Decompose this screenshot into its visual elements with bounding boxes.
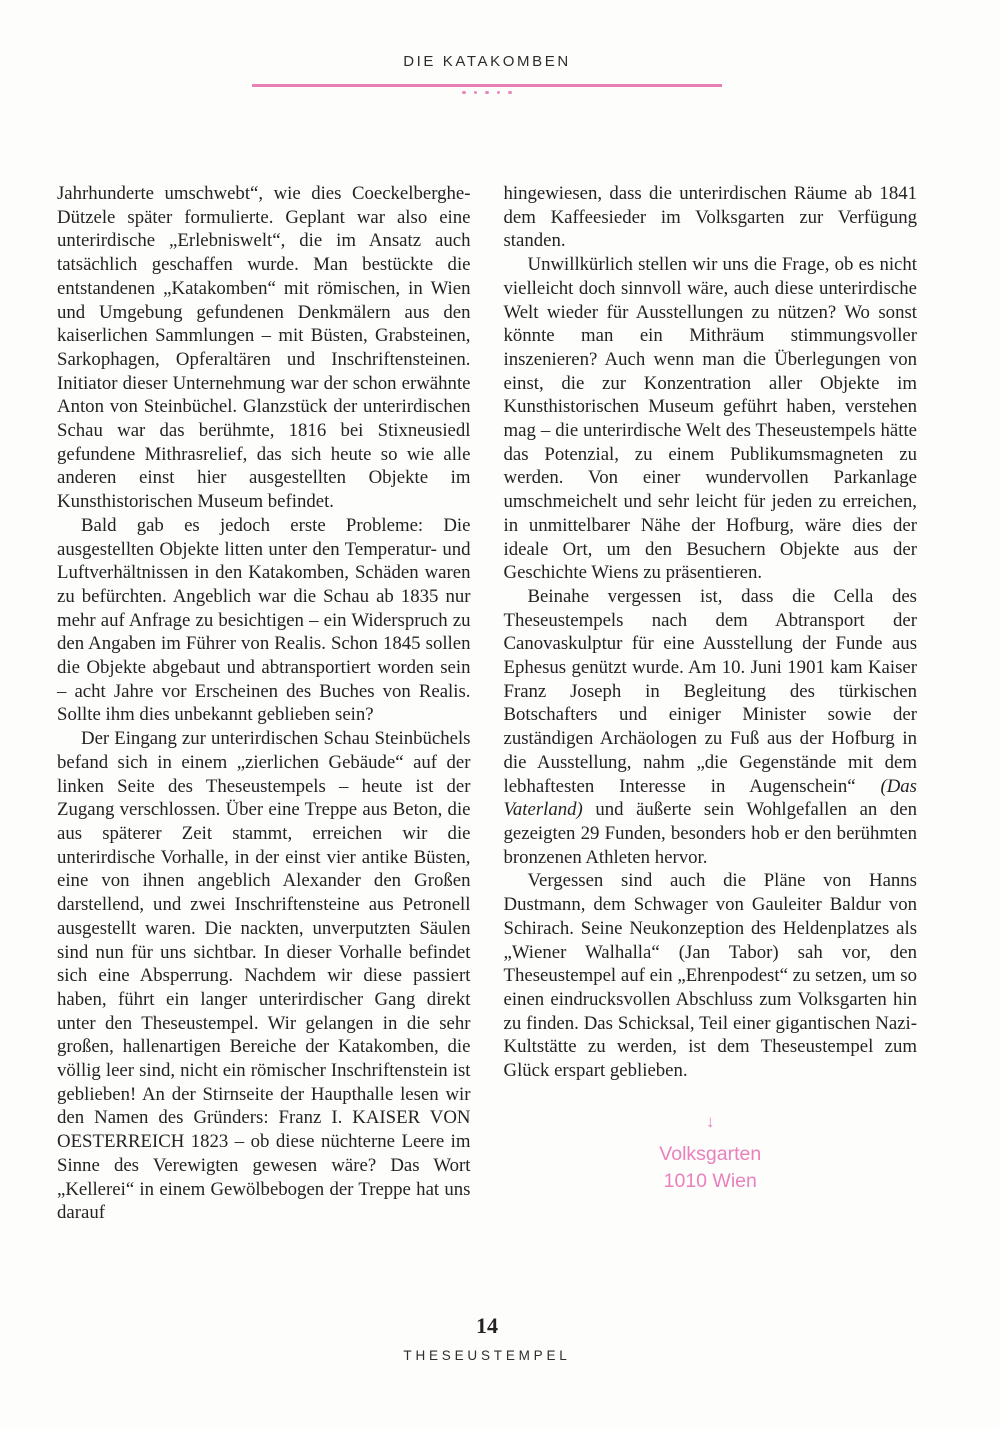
callout-place-name: Volksgarten	[504, 1141, 918, 1168]
page-header: DIE KATAKOMBEN	[57, 53, 917, 95]
page-number: 14	[57, 1313, 917, 1339]
paragraph: Jahrhunderte umschwebt“, wie dies Coecke…	[57, 182, 471, 514]
text-column-right: hingewiesen, dass die unterirdischen Räu…	[504, 182, 918, 1225]
chapter-title: THESEUSTEMPEL	[57, 1348, 917, 1363]
dots-ornament	[57, 91, 917, 95]
accent-rule-divider	[252, 84, 722, 87]
paragraph-segment: Beinahe vergessen ist, dass die Cella de…	[504, 586, 918, 797]
paragraph: Beinahe vergessen ist, dass die Cella de…	[504, 585, 918, 869]
page-footer: 14 THESEUSTEMPEL	[57, 1313, 917, 1363]
callout-address: 1010 Wien	[504, 1168, 918, 1195]
dot-icon	[462, 91, 466, 95]
paragraph: Der Eingang zur unterirdischen Schau Ste…	[57, 727, 471, 1225]
text-columns: Jahrhunderte umschwebt“, wie dies Coecke…	[57, 182, 917, 1225]
text-column-left: Jahrhunderte umschwebt“, wie dies Coecke…	[57, 182, 471, 1225]
paragraph: Unwillkürlich stellen wir uns die Frage,…	[504, 253, 918, 585]
running-title: DIE KATAKOMBEN	[57, 53, 917, 70]
dot-icon	[508, 91, 512, 95]
book-page: DIE KATAKOMBEN Jahrhunderte umschwebt“, …	[0, 0, 1000, 1429]
dot-icon	[485, 91, 489, 95]
down-arrow-icon: ↓	[504, 1113, 918, 1130]
paragraph: Bald gab es jedoch erste Probleme: Die a…	[57, 514, 471, 727]
location-callout: ↓ Volksgarten 1010 Wien	[504, 1113, 918, 1195]
paragraph: Vergessen sind auch die Pläne von Hanns …	[504, 869, 918, 1082]
paragraph: hingewiesen, dass die unterirdischen Räu…	[504, 182, 918, 253]
dot-icon	[474, 91, 478, 95]
dot-icon	[497, 91, 501, 95]
